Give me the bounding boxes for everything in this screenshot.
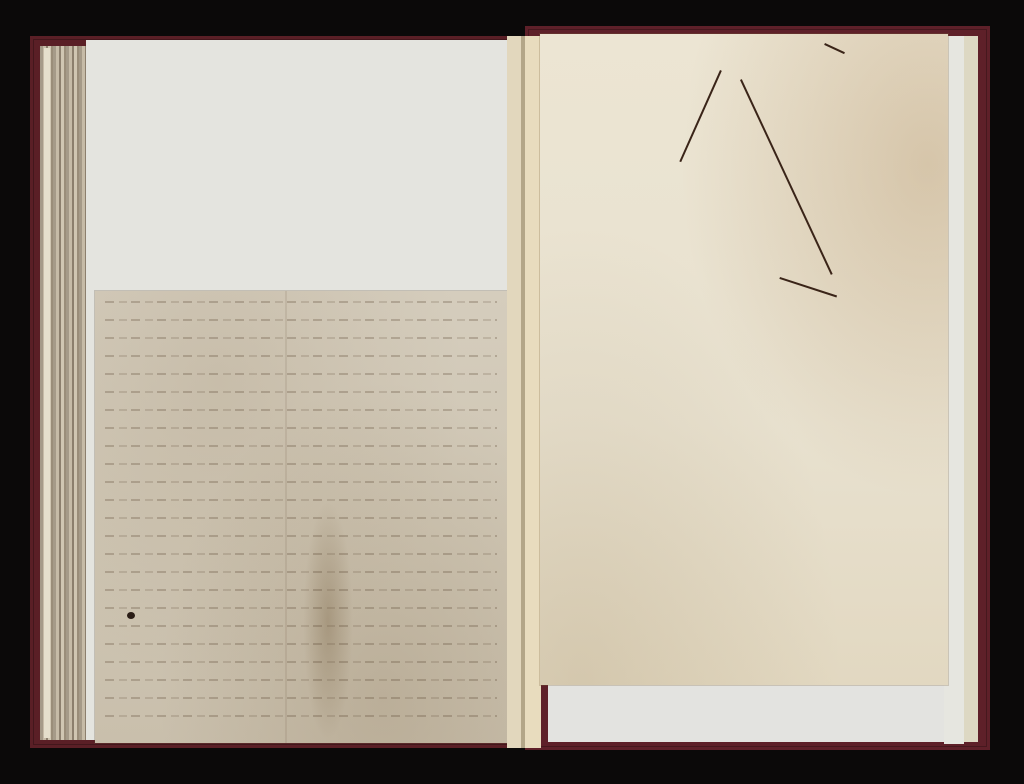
endpaper-strip — [44, 48, 50, 738]
right-guard-strip-2 — [964, 36, 978, 742]
gutter-guard-right — [525, 36, 541, 748]
faded-handwriting — [105, 301, 497, 733]
attached-letter — [95, 291, 507, 743]
manuscript-page — [540, 34, 948, 685]
gutter-guard — [507, 36, 521, 748]
